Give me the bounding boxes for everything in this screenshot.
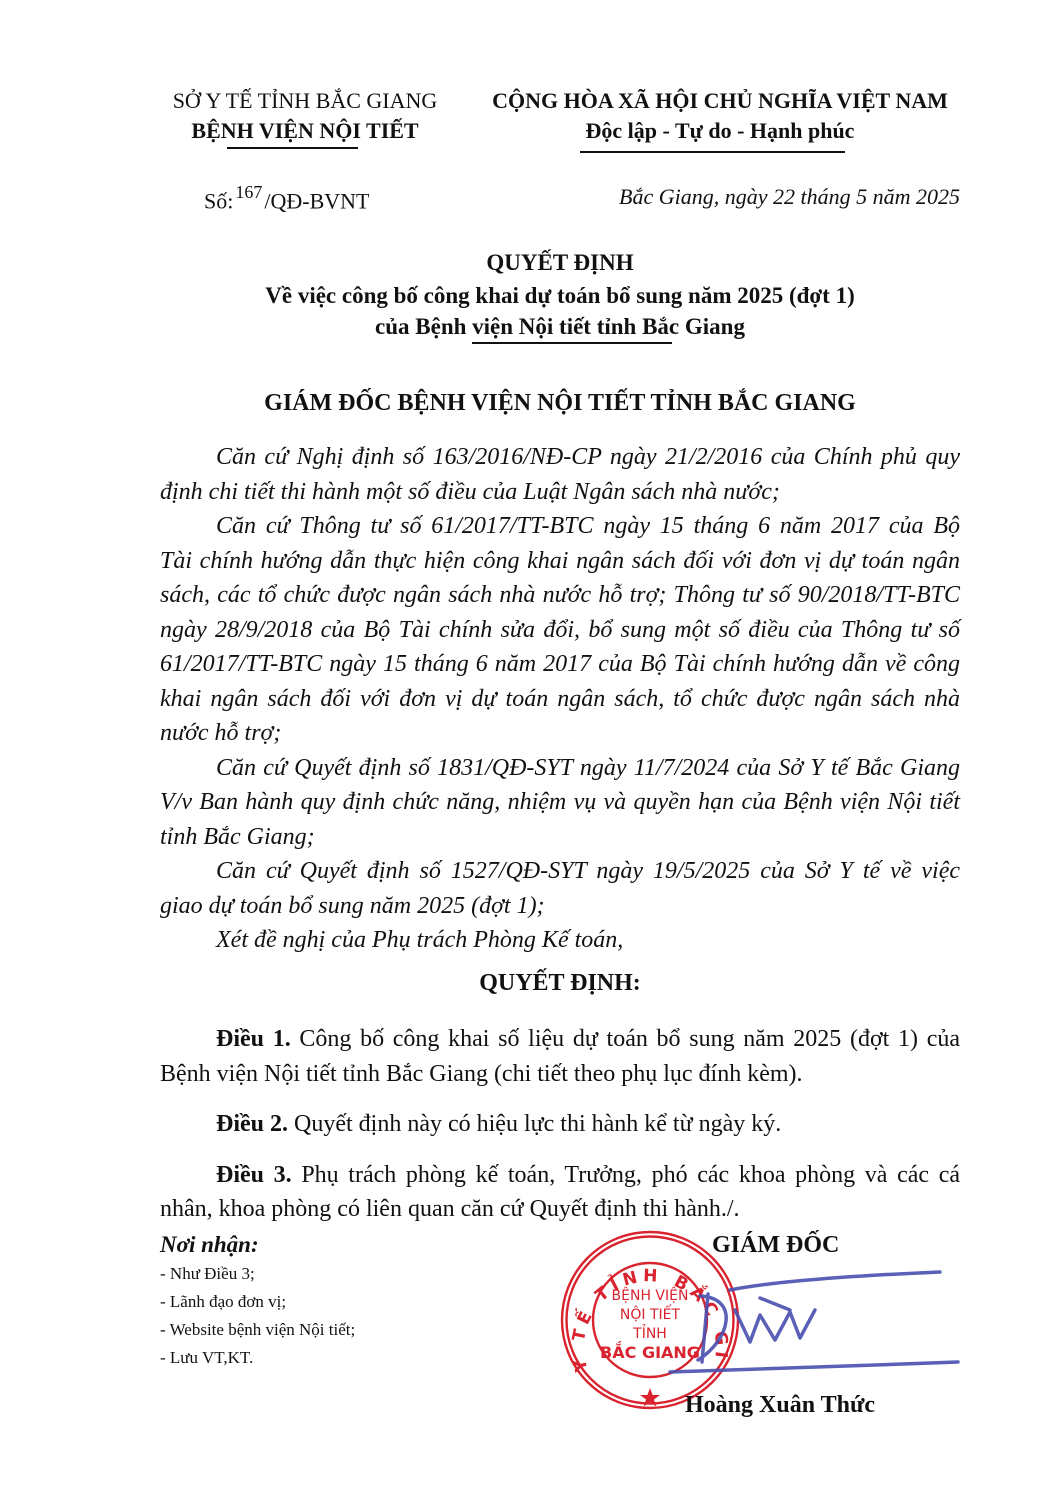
document-number: Số:167/QĐ-BVNT bbox=[204, 184, 369, 214]
recipients-block: Nơi nhận: - Như Điều 3;- Lãnh đạo đơn vị… bbox=[160, 1232, 355, 1372]
decision-title: QUYẾT ĐỊNH bbox=[150, 250, 970, 276]
recipient-item: - Như Điều 3; bbox=[160, 1260, 355, 1288]
decision-subject-line-2: của Bệnh viện Nội tiết tỉnh Bắc Giang bbox=[150, 314, 970, 340]
doc-number-prefix: Số: bbox=[204, 188, 233, 213]
agency-name: SỞ Y TẾ TỈNH BẮC GIANG bbox=[140, 88, 470, 114]
decision-heading: QUYẾT ĐỊNH: bbox=[150, 970, 970, 997]
preamble-line: định chi tiết thi hành một số điều của L… bbox=[160, 475, 960, 510]
signer-name: Hoàng Xuân Thức bbox=[685, 1392, 875, 1419]
preamble-line: V/v Ban hành quy định chức năng, nhiệm v… bbox=[160, 785, 960, 820]
signature-scribble bbox=[640, 1270, 960, 1390]
preamble-line: nước hỗ trợ; bbox=[160, 716, 960, 751]
decision-subject-line-1: Về việc công bố công khai dự toán bổ sun… bbox=[150, 283, 970, 309]
doc-number-suffix: /QĐ-BVNT bbox=[264, 188, 369, 213]
preamble-line: Xét đề nghị của Phụ trách Phòng Kế toán, bbox=[160, 923, 960, 958]
issuing-authority: GIÁM ĐỐC BỆNH VIỆN NỘI TIẾT TỈNH BẮC GIA… bbox=[150, 390, 970, 417]
articles: Điều 1. Công bố công khai số liệu dự toá… bbox=[160, 1022, 960, 1243]
place-and-date: Bắc Giang, ngày 22 tháng 5 năm 2025 bbox=[542, 184, 960, 210]
preamble-line: Căn cứ Quyết định số 1831/QĐ-SYT ngày 11… bbox=[160, 751, 960, 786]
recipient-item: - Lưu VT,KT. bbox=[160, 1344, 355, 1372]
preamble-line: Tài chính hướng dẫn thực hiện công khai … bbox=[160, 544, 960, 579]
recipient-item: - Lãnh đạo đơn vị; bbox=[160, 1288, 355, 1316]
preamble-line: sách, các tổ chức được ngân sách nhà nướ… bbox=[160, 578, 960, 613]
preamble-line: Căn cứ Quyết định số 1527/QĐ-SYT ngày 19… bbox=[160, 854, 960, 889]
preamble-line: 61/2017/TT-BTC ngày 15 tháng 6 năm 2017 … bbox=[160, 647, 960, 682]
preamble-line: Căn cứ Thông tư số 61/2017/TT-BTC ngày 1… bbox=[160, 509, 960, 544]
article-2: Điều 2. Quyết định này có hiệu lực thi h… bbox=[160, 1107, 960, 1142]
article-label: Điều 3. bbox=[216, 1162, 301, 1188]
subject-underline bbox=[472, 342, 672, 344]
doc-number-value: 167 bbox=[235, 182, 262, 202]
preamble-line: giao dự toán bổ sung năm 2025 (đợt 1); bbox=[160, 889, 960, 924]
article-1: Điều 1. Công bố công khai số liệu dự toá… bbox=[160, 1022, 960, 1091]
preamble-line: khai ngân sách đối với đơn vị dự toán ng… bbox=[160, 682, 960, 717]
article-3: Điều 3. Phụ trách phòng kế toán, Trưởng,… bbox=[160, 1158, 960, 1227]
preamble-line: Căn cứ Nghị định số 163/2016/NĐ-CP ngày … bbox=[160, 440, 960, 475]
preamble: Căn cứ Nghị định số 163/2016/NĐ-CP ngày … bbox=[160, 440, 960, 958]
signer-position: GIÁM ĐỐC bbox=[712, 1232, 839, 1259]
article-label: Điều 1. bbox=[216, 1026, 299, 1052]
preamble-line: tỉnh Bắc Giang; bbox=[160, 820, 960, 855]
unit-name: BỆNH VIỆN NỘI TIẾT bbox=[140, 118, 470, 144]
article-label: Điều 2. bbox=[216, 1111, 294, 1137]
preamble-line: ngày 28/9/2018 của Bộ Tài chính sửa đổi,… bbox=[160, 613, 960, 648]
recipient-item: - Website bệnh viện Nội tiết; bbox=[160, 1316, 355, 1344]
motto-underline bbox=[580, 151, 845, 153]
unit-underline bbox=[227, 147, 358, 149]
recipients-list: - Như Điều 3;- Lãnh đạo đơn vị;- Website… bbox=[160, 1260, 355, 1372]
country-name: CỘNG HÒA XÃ HỘI CHỦ NGHĨA VIỆT NAM bbox=[470, 88, 970, 114]
recipients-title: Nơi nhận: bbox=[160, 1232, 355, 1258]
national-motto: Độc lập - Tự do - Hạnh phúc bbox=[470, 118, 970, 144]
